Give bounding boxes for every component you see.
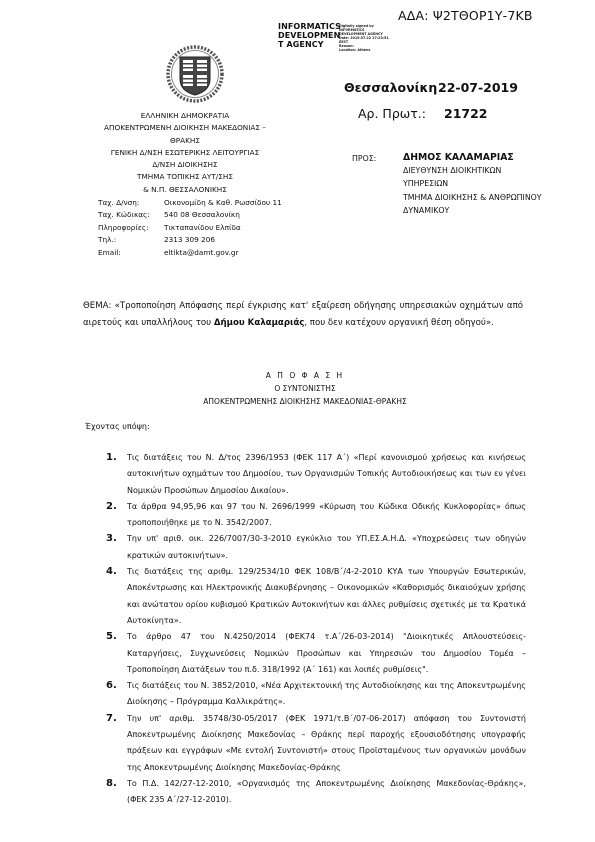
authority-line: & Ν.Π. ΘΕΣΣΑΛΟΝΙΚΗΣ: [60, 184, 310, 196]
signature-agency-line: T AGENCY: [278, 40, 341, 49]
contact-details: Ταχ. Δ/νση: Οικονομίδη & Καθ. Ρωσσίδου 1…: [98, 197, 282, 259]
recipient-line: ΤΜΗΜΑ ΔΙΟΙΚΗΣΗΣ & ΑΝΘΡΩΠΙΝΟΥ: [403, 191, 542, 204]
contact-value: Τικταπανίδου Ελπίδα: [164, 222, 241, 234]
recipient-line: ΔΙΕΥΘΥΝΣΗ ΔΙΟΙΚΗΤΙΚΩΝ: [403, 164, 542, 177]
contact-label: Email:: [98, 247, 164, 259]
item-number: 2.: [106, 499, 117, 515]
item-text: Τις διατάξεις της αριθμ. 129/2534/10 ΦΕΚ…: [127, 567, 526, 625]
subject: ΘΕΜΑ: «Τροποποίηση Απόφασης περί έγκριση…: [83, 298, 523, 331]
signature-agency-line: INFORMATICS: [278, 22, 341, 31]
recipient-line: ΥΠΗΡΕΣΙΩΝ: [403, 177, 542, 190]
protocol-label: Αρ. Πρωτ.:: [358, 106, 426, 121]
recipient-name: ΔΗΜΟΣ ΚΑΛΑΜΑΡΙΑΣ: [403, 151, 542, 164]
authority-line: Δ/ΝΣΗ ΔΙΟΙΚΗΣΗΣ: [60, 159, 310, 171]
recipient-line: ΔΥΝΑΜΙΚΟΥ: [403, 204, 542, 217]
item-number: 7.: [106, 711, 117, 727]
authority-line: ΤΜΗΜΑ ΤΟΠΙΚΗΣ ΑΥΤ/ΣΗΣ: [60, 171, 310, 183]
authority-line: ΕΛΛΗΝΙΚΗ ΔΗΜΟΚΡΑΤΙΑ: [60, 110, 310, 122]
item-text: Την υπ' αριθ. οικ. 226/7007/30-3-2010 εγ…: [127, 534, 526, 559]
recipient-block: ΔΗΜΟΣ ΚΑΛΑΜΑΡΙΑΣ ΔΙΕΥΘΥΝΣΗ ΔΙΟΙΚΗΤΙΚΩΝ Υ…: [403, 151, 542, 217]
list-item: 4.Τις διατάξεις της αριθμ. 129/2534/10 Φ…: [106, 564, 526, 629]
list-item: 1.Τις διατάξεις του Ν. Δ/τος 2396/1953 (…: [106, 450, 526, 499]
list-item: 6.Τις διατάξεις του Ν. 3852/2010, «Νέα Α…: [106, 678, 526, 711]
authority-line: ΑΠΟΚΕΝΤΡΩΜΕΝΗ ΔΙΟΙΚΗΣΗ ΜΑΚΕΔΟΝΙΑΣ –: [60, 122, 310, 134]
list-item: 5.Το άρθρο 47 του Ν.4250/2014 (ΦΕΚ74 τ.Α…: [106, 629, 526, 678]
contact-label: Πληροφορίες:: [98, 222, 164, 234]
item-text: Την υπ' αριθμ. 35748/30-05/2017 (ΦΕΚ 197…: [127, 714, 526, 772]
subject-text-end: , που δεν κατέχουν οργανική θέση οδηγού»…: [304, 318, 494, 328]
item-text: Τα άρθρα 94,95,96 και 97 του Ν. 2696/199…: [127, 502, 526, 527]
contact-email-link[interactable]: eltikta@damt.gov.gr: [164, 247, 238, 259]
item-number: 4.: [106, 564, 117, 580]
subject-municipality: Δήμου Καλαμαριάς: [214, 318, 304, 328]
decision-issuer: Ο ΣΥΝΤΟΝΙΣΤΗΣ: [70, 382, 540, 395]
list-item: 3.Την υπ' αριθ. οικ. 226/7007/30-3-2010 …: [106, 531, 526, 564]
contact-row-info: Πληροφορίες: Τικταπανίδου Ελπίδα: [98, 222, 282, 234]
document-date: 22-07-2019: [438, 80, 518, 95]
item-number: 1.: [106, 450, 117, 466]
item-text: Το Π.Δ. 142/27-12-2010, «Οργανισμός της …: [127, 779, 526, 804]
decision-authority: ΑΠΟΚΕΝΤΡΩΜΕΝΗΣ ΔΙΟΙΚΗΣΗΣ ΜΑΚΕΔΟΝΙΑΣ-ΘΡΑΚ…: [70, 395, 540, 408]
contact-row-address: Ταχ. Δ/νση: Οικονομίδη & Καθ. Ρωσσίδου 1…: [98, 197, 282, 209]
item-number: 5.: [106, 629, 117, 645]
decision-heading: Α Π Ο Φ Α Σ Η Ο ΣΥΝΤΟΝΙΣΤΗΣ ΑΠΟΚΕΝΤΡΩΜΕΝ…: [70, 369, 540, 408]
signature-details: Digitally signed by INFORMATICS DEVELOPM…: [339, 24, 389, 52]
protocol-number: 21722: [444, 106, 488, 121]
contact-row-phone: Τηλ.: 2313 309 206: [98, 234, 282, 246]
contact-row-postcode: Ταχ. Κώδικας: 540 08 Θεσσαλονίκη: [98, 209, 282, 221]
item-text: Το άρθρο 47 του Ν.4250/2014 (ΦΕΚ74 τ.Α΄/…: [127, 632, 526, 674]
item-number: 8.: [106, 776, 117, 792]
legal-basis-list: 1.Τις διατάξεις του Ν. Δ/τος 2396/1953 (…: [106, 450, 526, 809]
contact-label: Ταχ. Δ/νση:: [98, 197, 164, 209]
list-item: 7.Την υπ' αριθμ. 35748/30-05/2017 (ΦΕΚ 1…: [106, 711, 526, 776]
decision-title: Α Π Ο Φ Α Σ Η: [70, 369, 540, 382]
contact-value: 2313 309 206: [164, 234, 215, 246]
ada-code: ΑΔΑ: Ψ2ΤΘΟΡ1Υ-7ΚΒ: [398, 8, 533, 23]
item-number: 3.: [106, 531, 117, 547]
contact-value: 540 08 Θεσσαλονίκη: [164, 209, 240, 221]
item-text: Τις διατάξεις του Ν. 3852/2010, «Νέα Αρχ…: [127, 681, 526, 706]
signature-agency-line: DEVELOPMEN: [278, 31, 341, 40]
considering-label: Έχοντας υπόψη:: [85, 422, 150, 431]
recipient-label: ΠΡΟΣ:: [352, 154, 376, 163]
list-item: 8.Το Π.Δ. 142/27-12-2010, «Οργανισμός τη…: [106, 776, 526, 809]
issuing-authority: ΕΛΛΗΝΙΚΗ ΔΗΜΟΚΡΑΤΙΑ ΑΠΟΚΕΝΤΡΩΜΕΝΗ ΔΙΟΙΚΗ…: [60, 110, 310, 196]
item-number: 6.: [106, 678, 117, 694]
authority-line: ΘΡΑΚΗΣ: [60, 135, 310, 147]
list-item: 2.Τα άρθρα 94,95,96 και 97 του Ν. 2696/1…: [106, 499, 526, 532]
contact-label: Τηλ.:: [98, 234, 164, 246]
signature-agency: INFORMATICS DEVELOPMEN T AGENCY: [278, 22, 341, 49]
coat-of-arms-icon: [166, 45, 224, 103]
item-text: Τις διατάξεις του Ν. Δ/τος 2396/1953 (ΦΕ…: [127, 453, 526, 495]
signature-detail-line: Location: Athens: [339, 48, 389, 52]
contact-label: Ταχ. Κώδικας:: [98, 209, 164, 221]
contact-value: Οικονομίδη & Καθ. Ρωσσίδου 11: [164, 197, 282, 209]
place: Θεσσαλονίκη: [344, 80, 437, 95]
contact-row-email: Email: eltikta@damt.gov.gr: [98, 247, 282, 259]
authority-line: ΓΕΝΙΚΗ Δ/ΝΣΗ ΕΣΩΤΕΡΙΚΗΣ ΛΕΙΤΟΥΡΓΙΑΣ: [60, 147, 310, 159]
